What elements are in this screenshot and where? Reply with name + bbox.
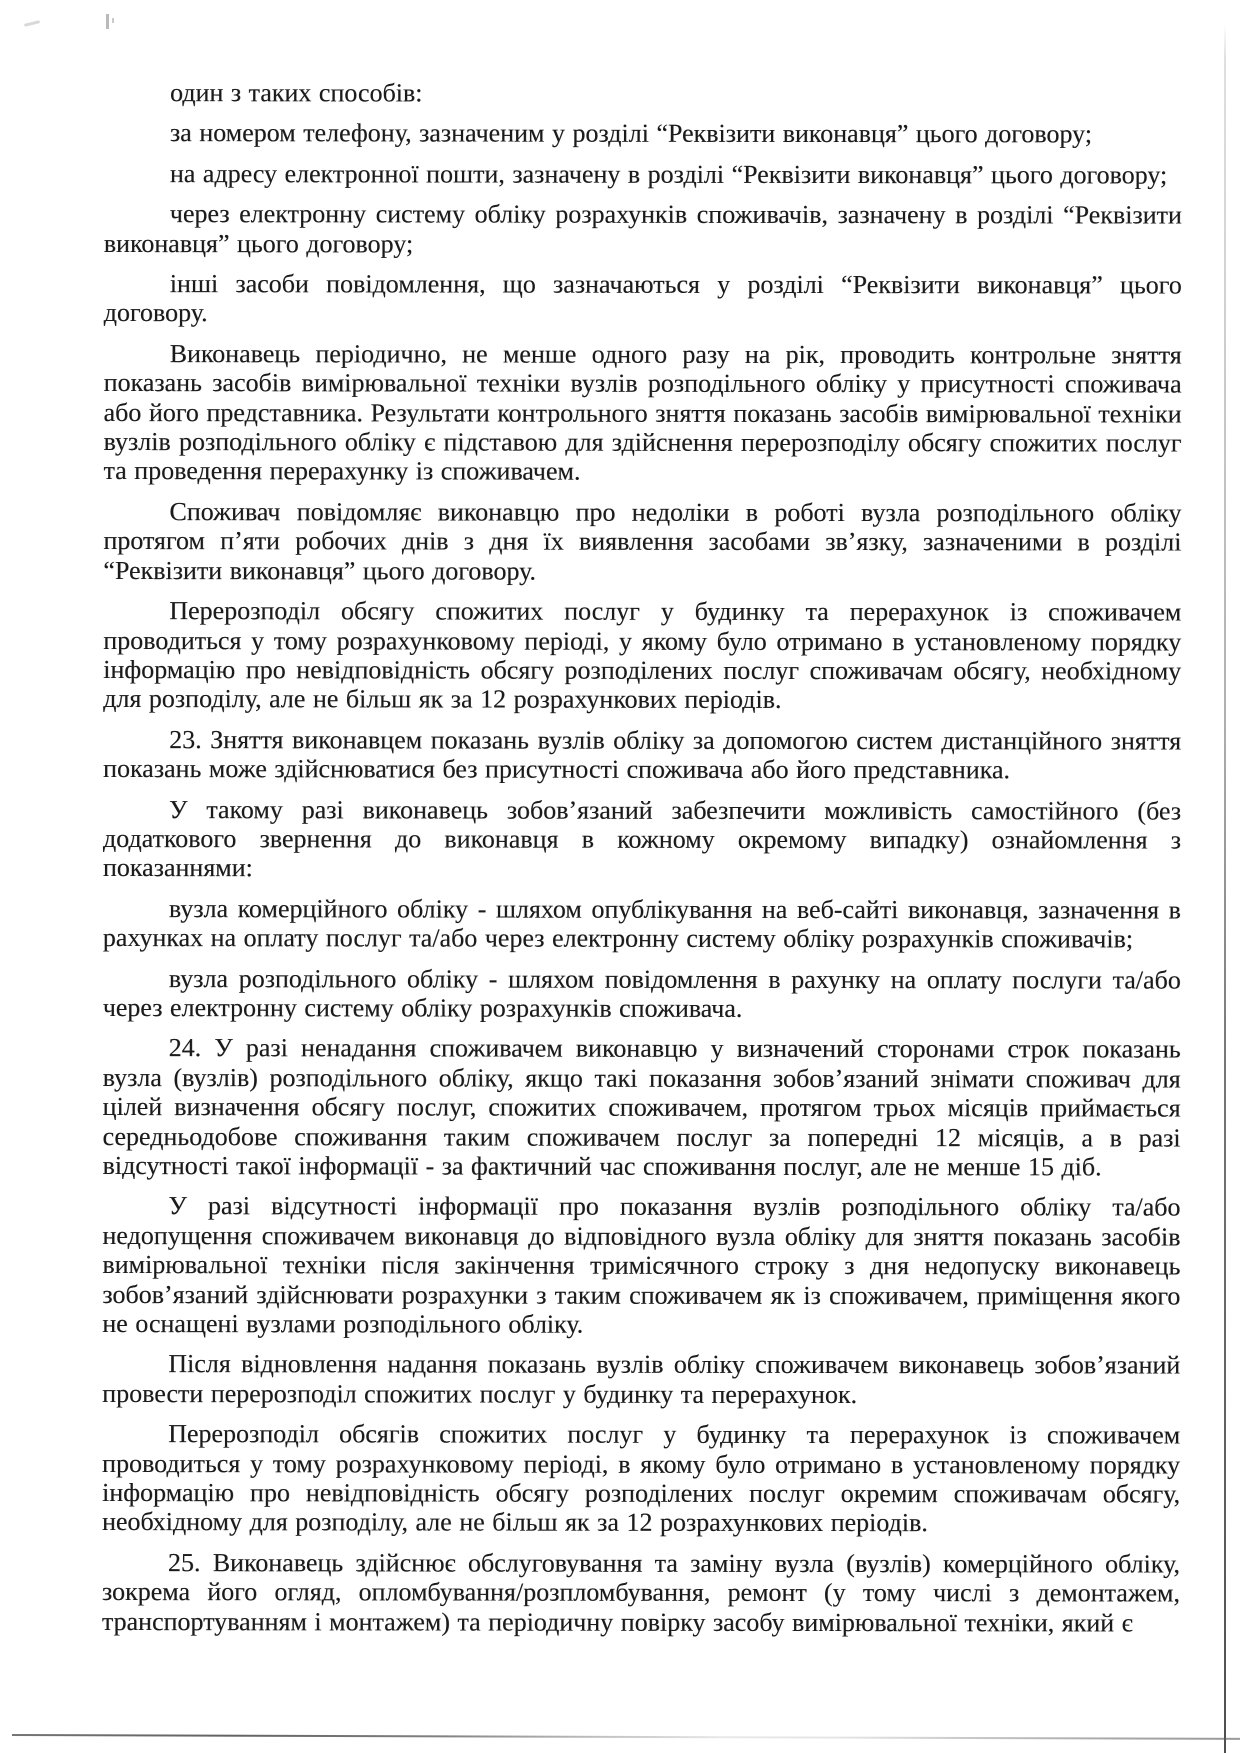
scanned-contract-page: один з таких способів:за номером телефон… — [0, 0, 1240, 1753]
paragraph-8: Перерозподіл обсягу спожитих послуг у бу… — [103, 596, 1181, 715]
paragraph-11: вузла комерційного обліку - шляхом опубл… — [103, 894, 1181, 954]
paragraph-14: У разі відсутності інформації про показа… — [102, 1191, 1180, 1340]
paragraph-3: на адресу електронної пошти, зазначену в… — [104, 159, 1182, 190]
paragraph-9: 23. Зняття виконавцем показань вузлів об… — [103, 725, 1181, 785]
paragraph-7: Споживач повідомляє виконавцю про недолі… — [103, 497, 1181, 587]
paragraph-15: Після відновлення надання показань вузлі… — [102, 1349, 1180, 1409]
scan-edge-horizontal-line — [12, 1734, 1240, 1740]
paragraph-16: Перерозподіл обсягів спожитих послуг у б… — [102, 1419, 1180, 1538]
paragraph-10: У такому разі виконавець зобов’язаний за… — [103, 795, 1181, 885]
paragraph-6: Виконавець періодично, не менше одного р… — [103, 339, 1181, 488]
paragraph-13: 24. У разі ненадання споживачем виконавц… — [102, 1033, 1180, 1182]
paragraph-4: через електронну систему обліку розрахун… — [104, 199, 1182, 259]
paragraph-12: вузла розподільного обліку - шляхом пові… — [103, 964, 1181, 1024]
paragraph-17: 25. Виконавець здійснює обслуговування т… — [102, 1548, 1180, 1638]
scan-edge-vertical-line — [1224, 24, 1226, 1753]
paragraph-2: за номером телефону, зазначеним у розділ… — [104, 118, 1182, 149]
scan-speck-artifact — [24, 20, 40, 27]
scan-speck-artifact — [106, 14, 109, 29]
paragraph-1: один з таких способів: — [104, 78, 1182, 109]
scan-speck-artifact — [112, 18, 114, 23]
paragraph-5: інші засоби повідомлення, що зазначаютьс… — [104, 269, 1182, 329]
contract-text-block: один з таких способів:за номером телефон… — [102, 78, 1182, 1649]
